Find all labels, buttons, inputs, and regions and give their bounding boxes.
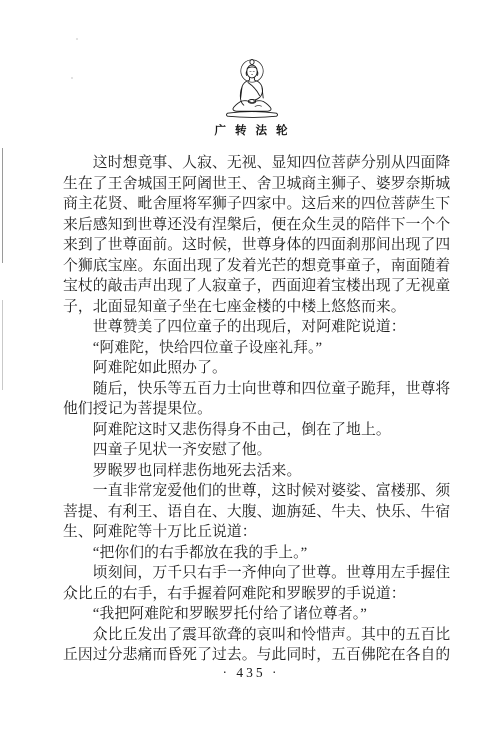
book-page: 广转法轮 这时想竟事、人寂、无视、显知四位菩萨分别从四面降 生在了王舍城国王阿阇… (0, 0, 502, 747)
text-line: 他们授记为菩提果位。 (63, 399, 448, 420)
text-line: 一直非常宠爱他们的世尊，这时候对婆娑、富楼那、须 (63, 481, 448, 502)
body-text: 这时想竟事、人寂、无视、显知四位菩萨分别从四面降 生在了王舍城国王阿阇世王、舍卫… (63, 153, 448, 666)
text-line: 个狮底宝座。东面出现了发着光芒的想竟事童子，南面随着 (63, 256, 448, 277)
text-line: “阿难陀，快给四位童子设座礼拜。” (63, 338, 448, 359)
text-line: 随后，快乐等五百力士向世尊和四位童子跪拜，世尊将 (63, 379, 448, 400)
text-line: 生在了王舍城国王阿阇世王、舍卫城商主狮子、婆罗奈斯城 (63, 174, 448, 195)
dust-speck (71, 77, 73, 79)
page-number: · 435 · (0, 665, 502, 681)
text-line: “把你们的右手都放在我的手上。” (63, 543, 448, 564)
dust-speck (76, 38, 78, 40)
scan-edge-artifact (2, 148, 3, 263)
text-line: 四童子见状一齐安慰了他。 (63, 440, 448, 461)
text-line: 众比丘发出了震耳欲聋的哀叫和怜惜声。其中的五百比 (63, 625, 448, 646)
text-line: 顷刻间，万千只右手一齐伸向了世尊。世尊用左手握住 (63, 563, 448, 584)
chapter-caption: 广转法轮 (0, 122, 502, 138)
text-line: 罗睺罗也同样悲伤地死去活来。 (63, 461, 448, 482)
text-line: 生、阿难陀等十万比丘说道： (63, 522, 448, 543)
text-line: 来到了世尊面前。这时候，世尊身体的四面刹那间出现了四 (63, 235, 448, 256)
text-line: “我把阿难陀和罗睺罗托付给了诸位尊者。” (63, 604, 448, 625)
seated-buddha-illustration (213, 57, 291, 119)
text-line: 这时想竟事、人寂、无视、显知四位菩萨分别从四面降 (63, 153, 448, 174)
text-line: 宝杖的敲击声出现了人寂童子，西面迎着宝楼出现了无视童 (63, 276, 448, 297)
text-line: 子，北面显知童子坐在七座金楼的中楼上悠悠而来。 (63, 297, 448, 318)
text-line: 众比丘的右手，右手握着阿难陀和罗睺罗的手说道： (63, 584, 448, 605)
scan-edge-artifact (2, 300, 3, 390)
text-line: 丘因过分悲痛而昏死了过去。与此同时，五百佛陀在各自的 (63, 645, 448, 666)
text-line: 世尊赞美了四位童子的出现后，对阿难陀说道： (63, 317, 448, 338)
text-line: 阿难陀如此照办了。 (63, 358, 448, 379)
text-line: 商主花贤、毗舍厘将军狮子四家中。这后来的四位菩萨生下 (63, 194, 448, 215)
text-line: 菩提、有利王、语自在、大腹、迦旃延、牛夫、快乐、牛宿 (63, 502, 448, 523)
text-line: 阿难陀这时又悲伤得身不由己，倒在了地上。 (63, 420, 448, 441)
text-line: 来后感知到世尊还没有涅槃后，便在众生灵的陪伴下一个个 (63, 215, 448, 236)
